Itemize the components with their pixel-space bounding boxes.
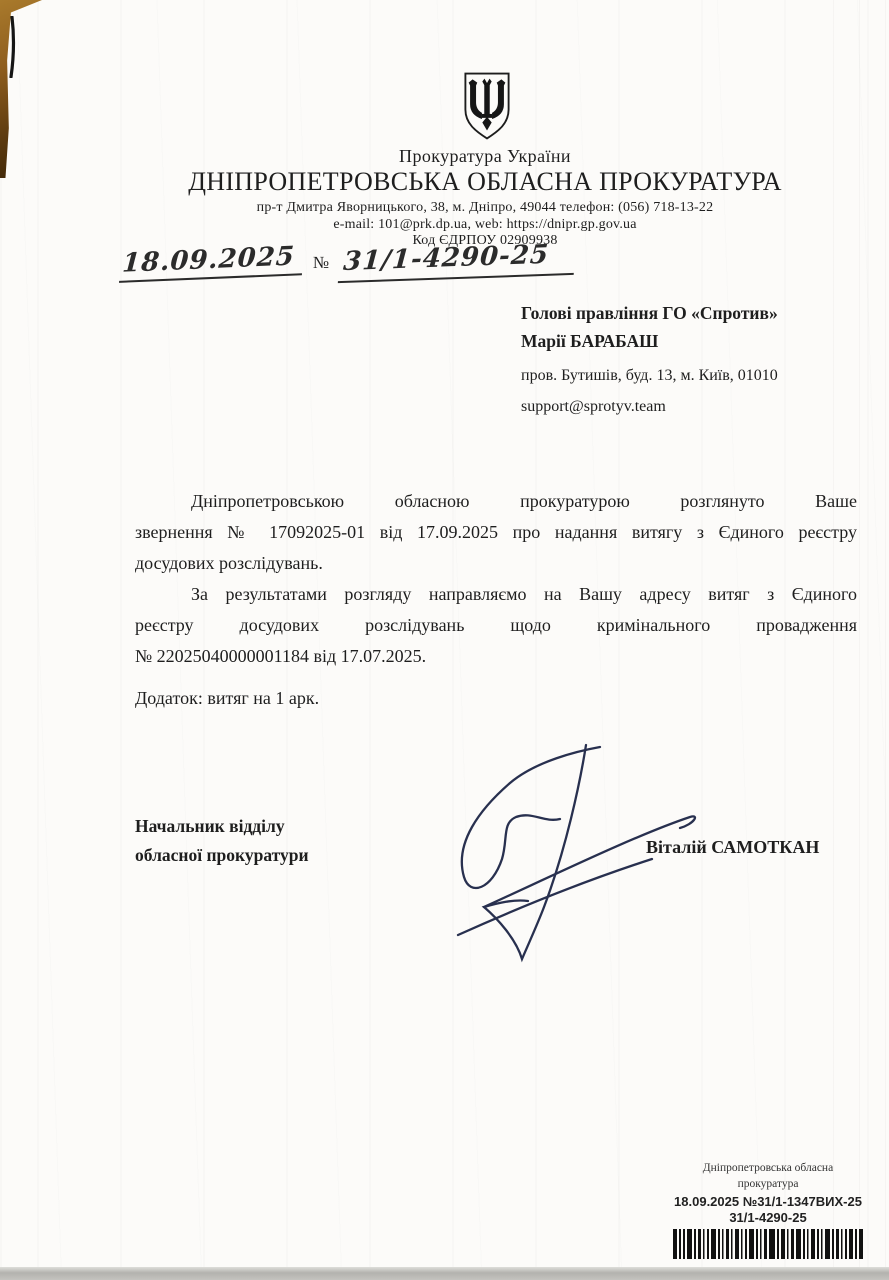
scan-bottom-edge (0, 1267, 889, 1280)
body-line: досудових розслідувань. (135, 548, 857, 579)
org-title: ДНІПРОПЕТРОВСЬКА ОБЛАСНА ПРОКУРАТУРА (45, 167, 889, 197)
signer-position-line: обласної прокуратури (135, 841, 435, 870)
signer-position-line: Начальник відділу (135, 812, 435, 841)
stamp-registration-number: 18.09.2025 №31/1-1347ВИХ-25 (666, 1194, 870, 1210)
reference-line: 18.09.2025 № 31/1-4290-25 (120, 243, 575, 279)
signer-position: Начальник відділу обласної прокуратури (135, 812, 435, 870)
org-name: Прокуратура України (90, 146, 880, 167)
org-address: пр-т Дмитра Яворницького, 38, м. Дніпро,… (90, 200, 880, 216)
body-line: За результатами розгляду направляємо на … (135, 579, 857, 610)
body-line: звернення № 17092025-01 від 17.09.2025 п… (135, 517, 857, 548)
ref-number-sign: № (313, 253, 329, 279)
org-contacts: e-mail: 101@prk.dp.ua, web: https://dnip… (90, 217, 880, 233)
recipient-position: Голові правління ГО «Спротив» (521, 299, 881, 327)
scanned-letter-page: Прокуратура України ДНІПРОПЕТРОВСЬКА ОБЛ… (0, 0, 889, 1280)
body-line: № 22025040000001184 від 17.07.2025. (135, 641, 857, 672)
signer-name: Віталій САМОТКАН (646, 837, 819, 858)
body-line: реєстру досудових розслідувань щодо крим… (135, 610, 857, 641)
recipient-block: Голові правління ГО «Спротив» Марії БАРА… (521, 299, 881, 416)
barcode (673, 1229, 863, 1259)
stamp-org-line: прокуратура (666, 1176, 870, 1192)
attachment-note: Додаток: витяг на 1 арк. (135, 688, 319, 709)
recipient-address: пров. Бутишів, буд. 13, м. Київ, 01010 (521, 367, 881, 385)
ukraine-trident-emblem-icon (458, 70, 516, 142)
handwritten-date: 18.09.2025 (119, 241, 304, 283)
body-line: Дніпропетровською обласною прокуратурою … (135, 486, 857, 517)
handwritten-ref-number: 31/1-4290-25 (338, 239, 576, 283)
stamp-ref-number: 31/1-4290-25 (666, 1210, 870, 1225)
scan-edge-binding (0, 0, 42, 178)
letter-body: Дніпропетровською обласною прокуратурою … (135, 486, 857, 672)
registration-stamp: Дніпропетровська обласна прокуратура 18.… (666, 1160, 870, 1264)
recipient-name: Марії БАРАБАШ (521, 327, 881, 355)
pen-mark (8, 16, 17, 78)
stamp-org-line: Дніпропетровська обласна (666, 1160, 870, 1176)
recipient-email: support@sprotyv.team (521, 398, 881, 416)
